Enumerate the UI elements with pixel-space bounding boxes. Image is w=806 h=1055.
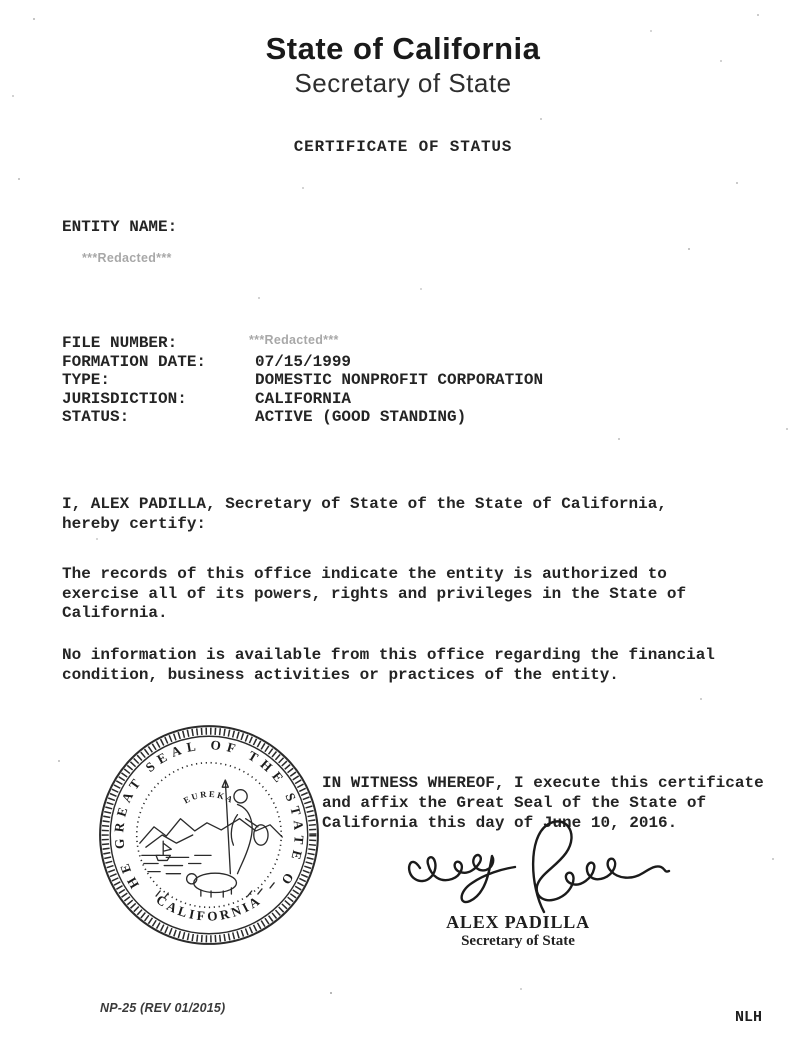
detail-value: ACTIVE (GOOD STANDING) bbox=[255, 408, 466, 426]
detail-row-file-number: FILE NUMBER:***Redacted*** bbox=[62, 334, 543, 353]
page-subtitle: Secretary of State bbox=[0, 68, 806, 99]
detail-value-redacted: ***Redacted*** bbox=[249, 333, 339, 347]
detail-row-formation-date: FORMATION DATE:07/15/1999 bbox=[62, 353, 543, 372]
detail-row-status: STATUS:ACTIVE (GOOD STANDING) bbox=[62, 408, 543, 427]
certificate-page: State of California Secretary of State C… bbox=[0, 0, 806, 1055]
detail-label: JURISDICTION: bbox=[62, 390, 255, 409]
seal-motto-eureka: EUREKA bbox=[182, 789, 236, 806]
great-seal-of-california-icon: THE GREAT SEAL OF THE STATE OF CALIFORNI… bbox=[95, 721, 323, 949]
scan-noise-speckles bbox=[0, 0, 2, 2]
detail-value: DOMESTIC NONPROFIT CORPORATION bbox=[255, 371, 543, 389]
signer-name: ALEX PADILLA bbox=[418, 912, 618, 933]
certificate-title: CERTIFICATE OF STATUS bbox=[0, 138, 806, 156]
detail-value: CALIFORNIA bbox=[255, 390, 351, 408]
detail-label: TYPE: bbox=[62, 371, 255, 390]
disclaimer-paragraph: No information is available from this of… bbox=[62, 646, 715, 685]
form-number: NP-25 (REV 01/2015) bbox=[100, 1001, 225, 1015]
signature-image bbox=[398, 820, 678, 915]
seal-ring-text-top: THE GREAT SEAL OF THE STATE OF bbox=[95, 721, 307, 892]
page-title: State of California bbox=[0, 31, 806, 67]
detail-label: FORMATION DATE: bbox=[62, 353, 255, 372]
detail-row-type: TYPE:DOMESTIC NONPROFIT CORPORATION bbox=[62, 371, 543, 390]
signer-title: Secretary of State bbox=[418, 933, 618, 950]
entity-details: FILE NUMBER:***Redacted*** FORMATION DAT… bbox=[62, 334, 543, 427]
detail-label: STATUS: bbox=[62, 408, 255, 427]
clerk-initials: NLH bbox=[735, 1009, 762, 1026]
detail-label: FILE NUMBER: bbox=[62, 334, 255, 353]
entity-name-redacted-value: ***Redacted*** bbox=[82, 251, 172, 265]
records-paragraph: The records of this office indicate the … bbox=[62, 565, 686, 624]
detail-row-jurisdiction: JURISDICTION:CALIFORNIA bbox=[62, 390, 543, 409]
detail-value: 07/15/1999 bbox=[255, 353, 351, 371]
entity-name-label: ENTITY NAME: bbox=[62, 218, 177, 236]
certify-paragraph: I, ALEX PADILLA, Secretary of State of t… bbox=[62, 495, 667, 534]
